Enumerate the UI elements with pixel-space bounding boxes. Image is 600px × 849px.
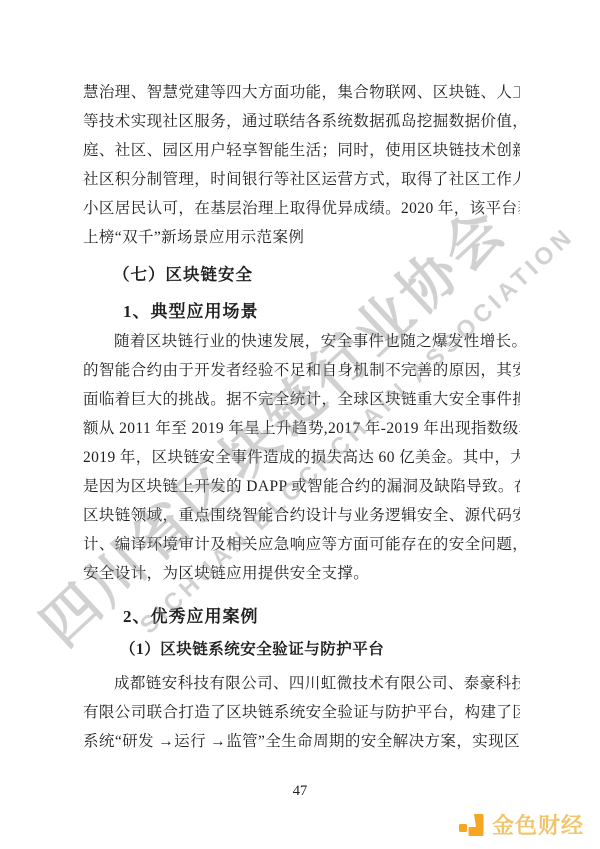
text-line: 是因为区块链上开发的 DAPP 或智能合约的漏洞及缺陷导致。在安全 — [83, 472, 520, 501]
text-line: 社区积分制管理，时间银行等社区运营方式，取得了社区工作人员， — [83, 165, 520, 194]
text-line: 面临着巨大的挑战。据不完全统计，全球区块链重大安全事件损失金 — [83, 385, 520, 414]
text-line: 额从 2011 年至 2019 年呈上升趋势,2017 年-2019 年出现指数… — [83, 414, 520, 443]
page-number: 47 — [0, 783, 600, 800]
text-line: 计、编译环境审计及相关应急响应等方面可能存在的安全问题，开展 — [83, 530, 520, 559]
text-line: 慧治理、智慧党建等四大方面功能，集合物联网、区块链、人工智能 — [83, 78, 520, 107]
subheading-excellent-cases: 2、优秀应用案例 — [83, 601, 520, 632]
text-line: 2019 年，区块链安全事件造成的损失高达 60 亿美金。其中，大部分 — [83, 443, 520, 472]
text-column: 慧治理、智慧党建等四大方面功能，集合物联网、区块链、人工智能 等技术实现社区服务… — [83, 78, 520, 756]
text-line: 上榜“双千”新场景应用示范案例 — [83, 223, 520, 252]
text-line: 系统“研发 →运行 →监管”全生命周期的安全解决方案，实现区块 — [83, 727, 520, 756]
text-line: 的智能合约由于开发者经验不足和自身机制不完善的原因，其安全性 — [83, 356, 520, 385]
subheading-typical-scenarios: 1、典型应用场景 — [83, 296, 520, 327]
jinse-finance-label: 金色财经 — [492, 809, 584, 840]
text-line: 小区居民认可，在基层治理上取得优异成绩。2020 年，该平台获得 — [83, 194, 520, 223]
case-heading-security-platform: （1）区块链系统安全验证与防护平台 — [83, 635, 520, 665]
text-line: 安全设计，为区块链应用提供安全支撑。 — [83, 559, 520, 588]
section-heading-blockchain-security: （七）区块链安全 — [83, 260, 520, 290]
text-line: 庭、社区、园区用户轻享智能生活；同时，使用区块链技术创新实现 — [83, 136, 520, 165]
jinse-finance-brand: 金色财经 — [458, 809, 584, 840]
text-line: 成都链安科技有限公司、四川虹微技术有限公司、泰豪科技股份 — [83, 669, 520, 698]
text-line: 区块链领域，重点围绕智能合约设计与业务逻辑安全、源代码安全审 — [83, 501, 520, 530]
text-line: 有限公司联合打造了区块链系统安全验证与防护平台，构建了区块链 — [83, 698, 520, 727]
text-line: 随着区块链行业的快速发展，安全事件也随之爆发性增长。目前 — [83, 327, 520, 356]
jinse-finance-icon — [458, 811, 485, 838]
text-line: 等技术实现社区服务，通过联结各系统数据孤岛挖掘数据价值，让家 — [83, 107, 520, 136]
document-page: 四川省区块链行业协会 SICHUAN BLOCKCHAIN ASSOCIATIO… — [0, 0, 600, 849]
